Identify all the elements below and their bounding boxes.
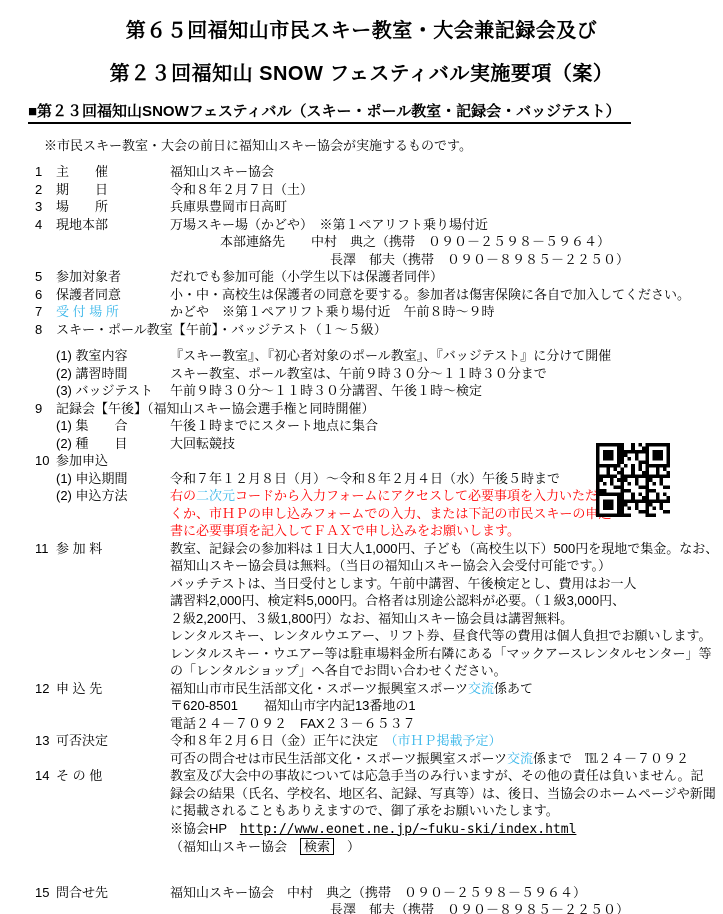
- fee-line: 講習料2,000円、検定料5,000円。合格者は別途公認料が必要。（１級3,00…: [35, 592, 723, 610]
- item-number: 2: [35, 181, 56, 199]
- item-number: 3: [35, 198, 56, 216]
- item-number: 13: [35, 732, 56, 750]
- item-value: 令和８年２月７日（土）: [170, 181, 723, 199]
- search-hint-text: （福知山スキー協会: [170, 839, 300, 854]
- method-text: コードから入力フォームにアクセスして必要事項を入力いただ: [235, 488, 598, 503]
- item-9-row: 9 記録会【午後】（福知山スキー協会選手権と同時開催）: [35, 400, 723, 418]
- sub-item-label: (3) バッジテスト: [56, 382, 170, 400]
- item-6-row: 6 保護者同意 小・中・高校生は保護者の同意を要する。参加者は傷害保険に各自で加…: [35, 286, 723, 304]
- intro-note: ※市民スキー教室・大会の前日に福知山スキー協会が実施するものです。: [44, 135, 723, 154]
- item-number: 1: [35, 163, 56, 181]
- qr-code-svg: [596, 443, 670, 517]
- item-15-row: 15 問合せ先 福知山スキー協会 中村 典之（携帯 ０９０－２５９８－５９６４）: [35, 884, 723, 902]
- hq-contact-line-2: 長澤 郁夫（携帯 ０９０－８９８５－２２５０）: [35, 251, 723, 269]
- inquiry-text: 係まで ℡２４－７０９２: [533, 751, 689, 766]
- other-line: 録会の結果（氏名、学校名、地区名、記録、写真等）は、後日、当協会のホームページや…: [35, 785, 723, 803]
- item-number: 14: [35, 767, 56, 785]
- decision-line: 令和８年２月６日（金）正午に決定 （市ＨＰ掲載予定）: [170, 732, 723, 750]
- section-heading: ■第２３回福知山SNOWフェスティバル（スキー・ポール教室・記録会・バッジテスト…: [28, 100, 631, 124]
- association-hp-line: ※協会HP http://www.eonet.ne.jp/~fuku-ski/i…: [35, 820, 723, 839]
- item-number: 9: [35, 400, 56, 418]
- item-8-sub-1-row: (1) 教室内容 『スキー教室』、『初心者対象のポール教室』、『バッジテスト』に…: [35, 347, 723, 365]
- other-line: に掲載されることもありえますので、御了承をお願いいたします。: [35, 802, 723, 820]
- item-number: 11: [35, 540, 56, 558]
- fee-line: ２級2,200円、３級1,800円）なお、福知山スキー協会員は講習無料。: [35, 610, 723, 628]
- item-8-sub-3-row: (3) バッジテスト 午前９時３０分～１１時３０分講習、午後１時～検定: [35, 382, 723, 400]
- item-3-row: 3 場 所 兵庫県豊岡市日高町: [35, 198, 723, 216]
- page-title-line-2: 第２３回福知山 SNOW フェスティバル実施要項（案）: [0, 57, 723, 86]
- item-value: 兵庫県豊岡市日高町: [170, 198, 723, 216]
- item-label: 参加対象者: [56, 268, 170, 286]
- spacer: [35, 338, 723, 347]
- city-hp-note-highlight: （市ＨＰ掲載予定）: [391, 733, 502, 748]
- postal-address-line: 〒620-8501 福知山市字内記13番地の1: [35, 697, 723, 715]
- sub-item-label: (1) 教室内容: [56, 347, 170, 365]
- sports-exchange-highlight: 交流: [507, 751, 533, 766]
- application-address-line: 福知山市市民生活部文化・スポーツ振興室スポーツ交流係あて: [170, 680, 723, 698]
- sub-item-label: (2) 講習時間: [56, 365, 170, 383]
- sub-item-label: (2) 種 目: [56, 435, 170, 453]
- search-hint-line: （福知山スキー協会 検索 ）: [35, 838, 723, 856]
- phone-fax-line: 電話２４－７０９２ FAX２３－６５３７: [35, 715, 723, 733]
- item-label: 可否決定: [56, 732, 170, 750]
- item-number: 4: [35, 216, 56, 234]
- item-label: 保護者同意: [56, 286, 170, 304]
- item-value: 万場スキー場（かどや） ※第１ペアリフト乗り場付近: [170, 216, 723, 234]
- item-5-row: 5 参加対象者 だれでも参加可能（小学生以下は保護者同伴）: [35, 268, 723, 286]
- item-value: 小・中・高校生は保護者の同意を要する。参加者は傷害保険に各自で加入してください。: [170, 286, 723, 304]
- application-method-line-3: 書に必要事項を記入してＦＡＸで申し込みをお願いします。: [35, 522, 723, 540]
- sub-item-value: 『スキー教室』、『初心者対象のポール教室』、『バッジテスト』に分けて開催: [170, 347, 723, 365]
- sub-item-value: 午前９時３０分～１１時３０分講習、午後１時～検定: [170, 382, 723, 400]
- document-title-block: 第６５回福知山市民スキー教室・大会兼記録会及び 第２３回福知山 SNOW フェス…: [0, 0, 723, 86]
- search-keyword-box: 検索: [300, 838, 334, 855]
- item-12-row: 12 申 込 先 福知山市市民生活部文化・スポーツ振興室スポーツ交流係あて: [35, 680, 723, 698]
- item-label: 主 催: [56, 163, 170, 181]
- item-value: だれでも参加可能（小学生以下は保護者同伴）: [170, 268, 723, 286]
- item-number: 7: [35, 303, 56, 321]
- qr-code-mention: 二次元: [196, 488, 235, 503]
- inquiry-contact-line-1: 福知山スキー協会 中村 典之（携帯 ０９０－２５９８－５９６４）: [170, 884, 723, 902]
- decision-inquiry-line: 可否の問合せは市民生活部文化・スポーツ振興室スポーツ交流係まで ℡２４－７０９２: [35, 750, 723, 768]
- item-7-row: 7 受 付 場 所 かどや ※第１ペアリフト乗り場付近 午前８時～９時: [35, 303, 723, 321]
- item-label: 場 所: [56, 198, 170, 216]
- item-title: 記録会【午後】（福知山スキー協会選手権と同時開催）: [56, 400, 723, 418]
- method-text: 右の: [170, 488, 196, 503]
- hp-label: ※協会HP: [170, 821, 227, 836]
- sub-item-value: スキー教室、ポール教室は、午前９時３０分～１１時３０分まで: [170, 365, 723, 383]
- fee-line: バッチテストは、当日受付とします。午前中講習、午後検定とし、費用はお一人: [35, 575, 723, 593]
- qr-code: [596, 443, 670, 517]
- sports-exchange-highlight: 交流: [468, 681, 494, 696]
- item-number: 15: [35, 884, 56, 902]
- fee-line: 教室、記録会の参加料は１日大人1,000円、子ども（高校生以下）500円を現地で…: [170, 540, 723, 558]
- indent: [35, 365, 56, 383]
- item-number: 5: [35, 268, 56, 286]
- item-13-row: 13 可否決定 令和８年２月６日（金）正午に決定 （市ＨＰ掲載予定）: [35, 732, 723, 750]
- inquiry-contact-line-2: 長澤 郁夫（携帯 ０９０－８９８５－２２５０）: [35, 901, 723, 914]
- item-2-row: 2 期 日 令和８年２月７日（土）: [35, 181, 723, 199]
- address-text: 係あて: [494, 681, 533, 696]
- item-9-sub-1-row: (1) 集 合 午後１時までにスタート地点に集合: [35, 417, 723, 435]
- item-value: 福知山スキー協会: [170, 163, 723, 181]
- item-label: 期 日: [56, 181, 170, 199]
- item-14-row: 14 そ の 他 教室及び大会中の事故については応急手当のみ行いますが、その他の…: [35, 767, 723, 785]
- sub-item-label: (1) 集 合: [56, 417, 170, 435]
- item-label: 問合せ先: [56, 884, 170, 902]
- fee-line: レンタルスキー・ウエアー等は駐車場料金所右隣にある「マックアースレンタルセンター…: [35, 645, 723, 663]
- item-1-row: 1 主 催 福知山スキー協会: [35, 163, 723, 181]
- sub-item-label: (1) 申込期間: [56, 470, 170, 488]
- association-url-link[interactable]: http://www.eonet.ne.jp/~fuku-ski/index.h…: [240, 822, 577, 837]
- item-value: かどや ※第１ペアリフト乗り場付近 午前８時～９時: [170, 303, 723, 321]
- inquiry-text: 可否の問合せは市民生活部文化・スポーツ振興室スポーツ: [170, 751, 507, 766]
- decision-text: 令和８年２月６日（金）正午に決定: [170, 733, 391, 748]
- item-number: 6: [35, 286, 56, 304]
- address-text: 福知山市市民生活部文化・スポーツ振興室スポーツ: [170, 681, 468, 696]
- item-label: 申 込 先: [56, 680, 170, 698]
- item-label: 現地本部: [56, 216, 170, 234]
- fee-line: 福知山スキー協会員は無料。（当日の福知山スキー協会入会受付可能です。）: [35, 557, 723, 575]
- item-number: 12: [35, 680, 56, 698]
- other-line: 教室及び大会中の事故については応急手当のみ行いますが、その他の責任は負いません。…: [170, 767, 723, 785]
- document-body: 1 主 催 福知山スキー協会 2 期 日 令和８年２月７日（土） 3 場 所 兵…: [0, 163, 723, 914]
- indent: [35, 347, 56, 365]
- search-hint-text: ）: [334, 839, 360, 854]
- document-page: 第６５回福知山市民スキー教室・大会兼記録会及び 第２３回福知山 SNOW フェス…: [0, 0, 723, 914]
- indent: [35, 435, 56, 453]
- item-title: スキー・ポール教室【午前】・バッジテスト（１～５級）: [56, 321, 723, 339]
- indent: [35, 487, 56, 505]
- sub-item-value: 午後１時までにスタート地点に集合: [170, 417, 723, 435]
- item-8-row: 8 スキー・ポール教室【午前】・バッジテスト（１～５級）: [35, 321, 723, 339]
- item-4-row: 4 現地本部 万場スキー場（かどや） ※第１ペアリフト乗り場付近: [35, 216, 723, 234]
- item-label: そ の 他: [56, 767, 170, 785]
- indent: [35, 470, 56, 488]
- item-number: 10: [35, 452, 56, 470]
- hq-contact-line-1: 本部連絡先 中村 典之（携帯 ０９０－２５９８－５９６４）: [35, 233, 723, 251]
- item-8-sub-2-row: (2) 講習時間 スキー教室、ポール教室は、午前９時３０分～１１時３０分まで: [35, 365, 723, 383]
- indent: [35, 417, 56, 435]
- item-11-row: 11 参 加 料 教室、記録会の参加料は１日大人1,000円、子ども（高校生以下…: [35, 540, 723, 558]
- spacer: [35, 856, 723, 884]
- sub-item-label: (2) 申込方法: [56, 487, 170, 505]
- item-label-reception-place: 受 付 場 所: [56, 303, 170, 321]
- indent: [35, 382, 56, 400]
- page-title-line-1: 第６５回福知山市民スキー教室・大会兼記録会及び: [0, 14, 723, 43]
- item-label: 参 加 料: [56, 540, 170, 558]
- item-number: 8: [35, 321, 56, 339]
- fee-line: レンタルスキー、レンタルウエアー、リフト券、昼食代等の費用は個人負担でお願いしま…: [35, 627, 723, 645]
- fee-line: の「レンタルショップ」へ各自でお問い合わせください。: [35, 662, 723, 680]
